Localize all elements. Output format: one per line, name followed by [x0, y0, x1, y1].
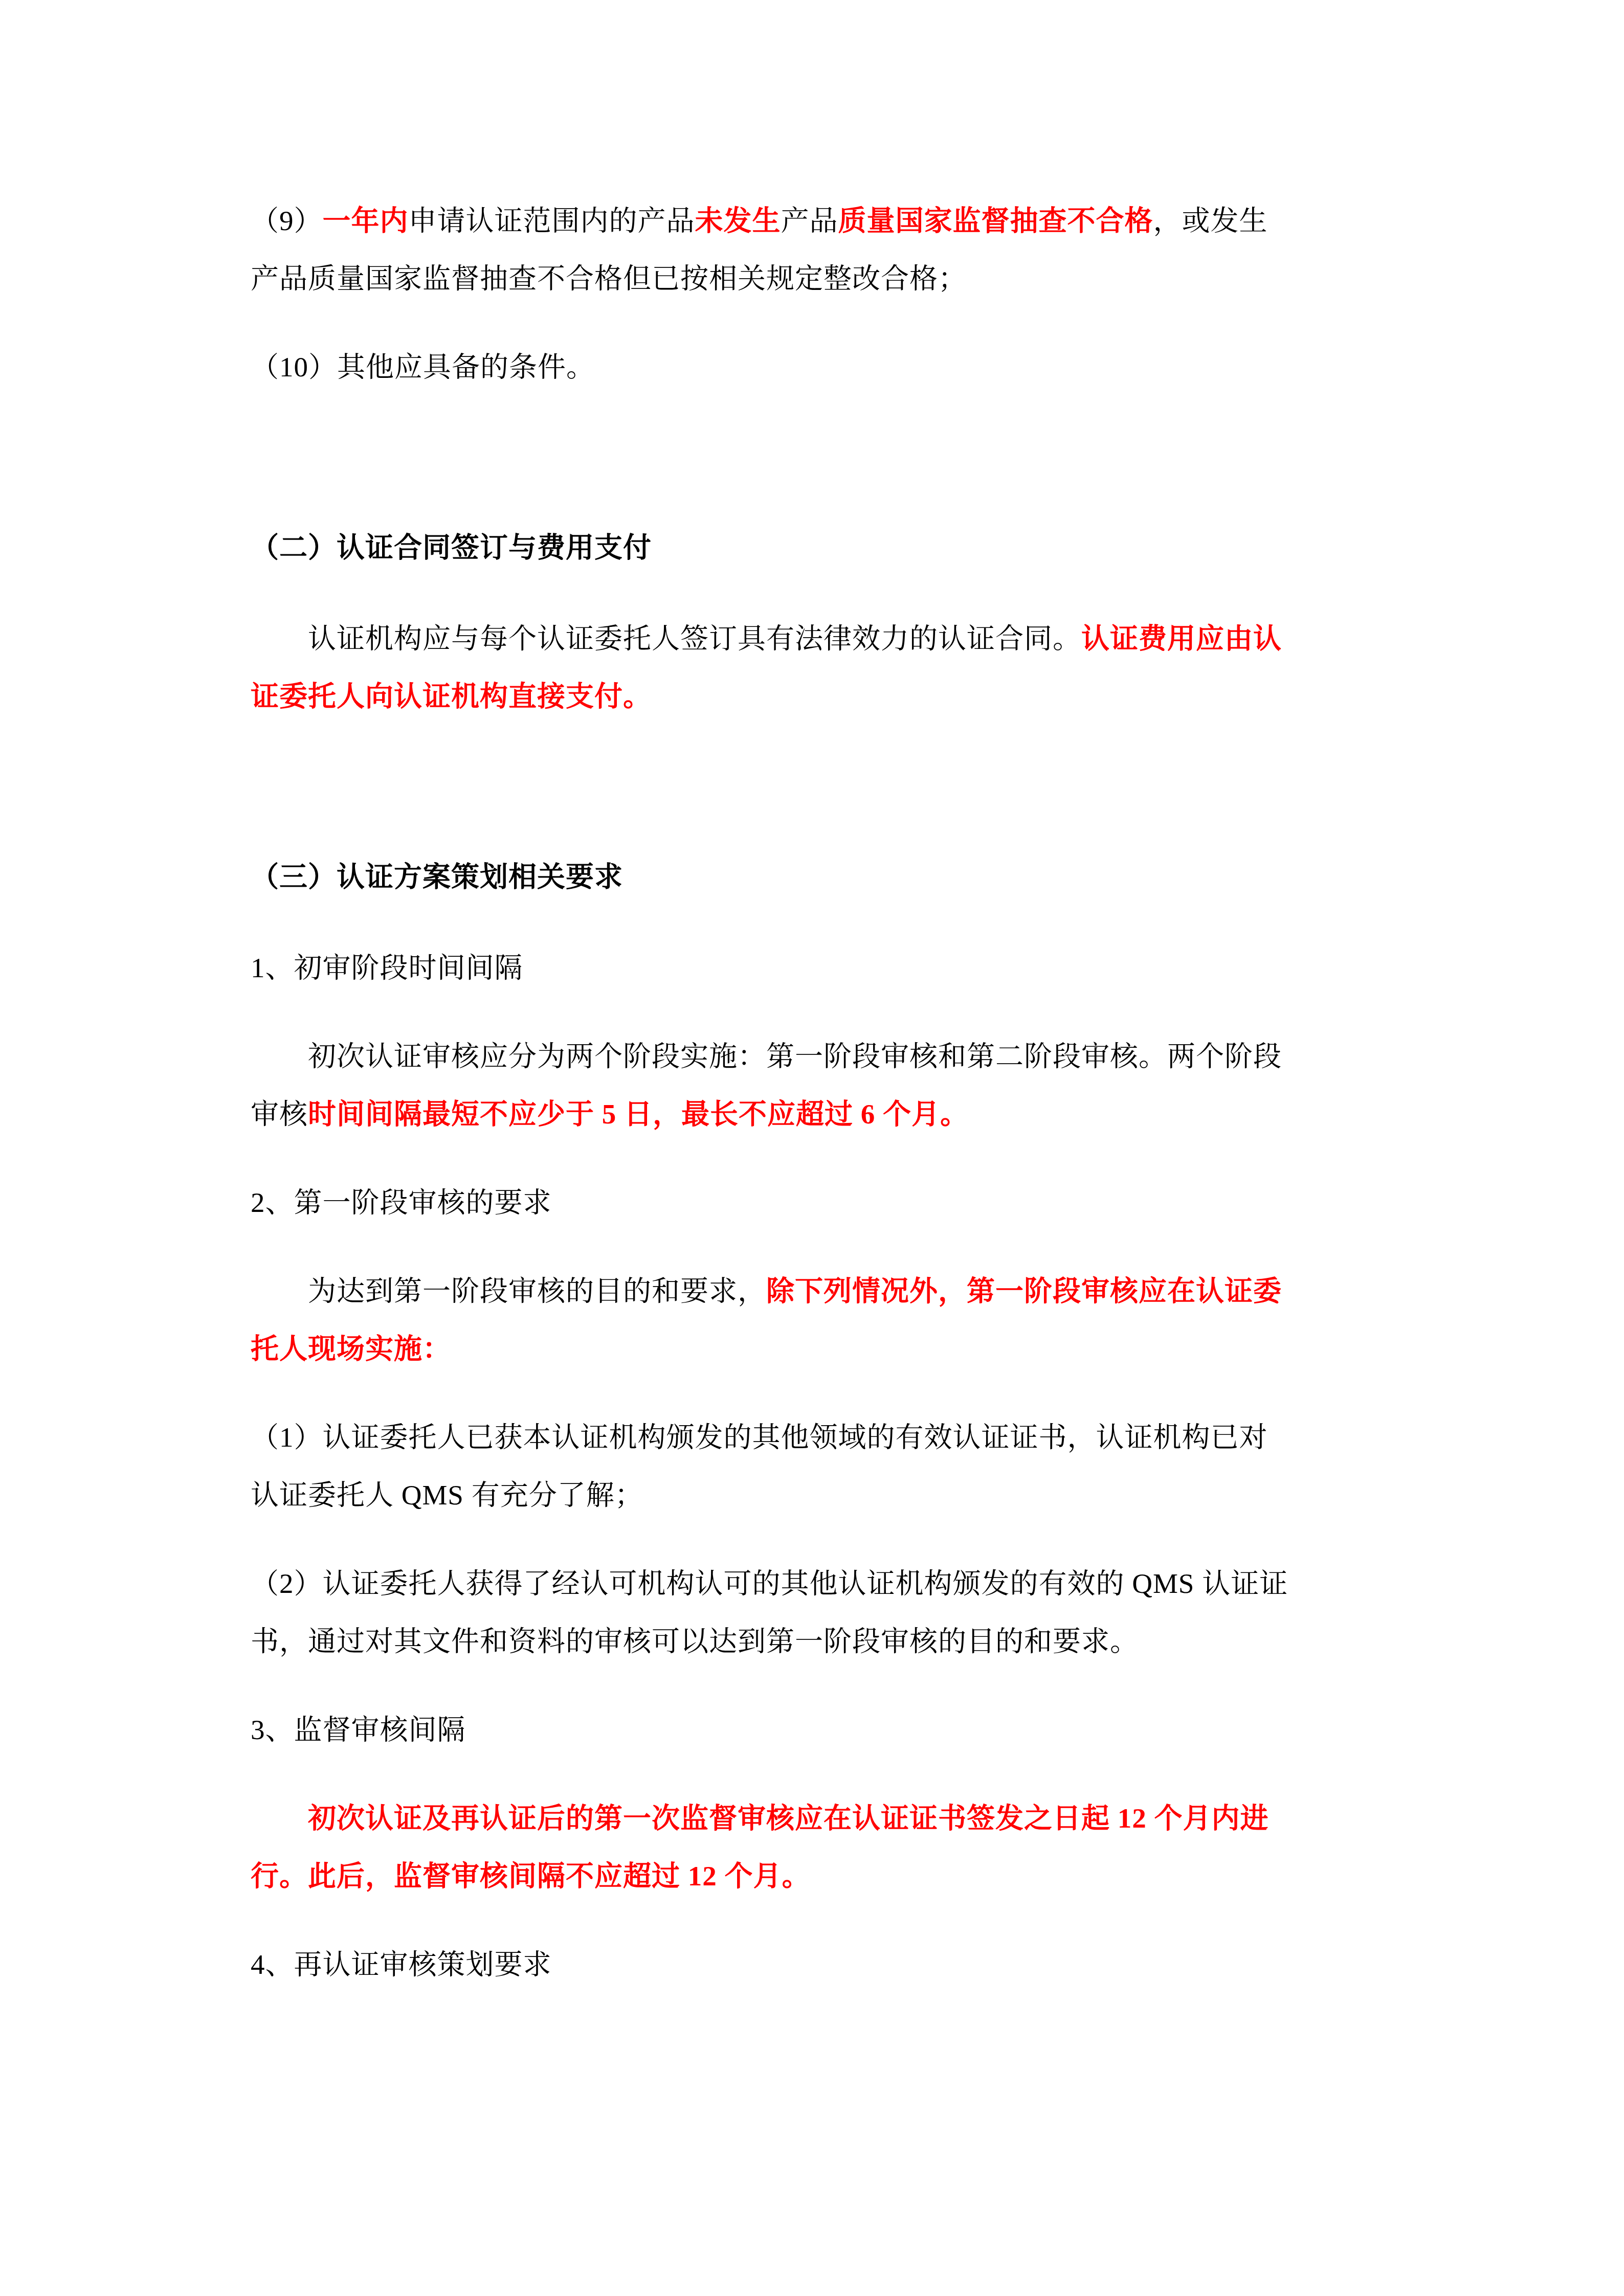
text-run: 1、初审阶段时间间隔 [251, 952, 523, 983]
text-run: （10）其他应具备的条件。 [251, 351, 595, 382]
text-run: 申请认证范围内的产品 [409, 205, 695, 236]
heading-section-2: （二）认证合同签订与费用支付 [251, 519, 1376, 576]
para-initial-audit: 初次认证审核应分为两个阶段实施：第一阶段审核和第二阶段审核。两个阶段审核时间间隔… [251, 1027, 1376, 1143]
text-run: 产品质量国家监督抽查不合格但已按相关规定整改合格； [251, 263, 967, 294]
sub-3: 3、监督审核间隔 [251, 1701, 1376, 1759]
text-run: 认证机构应与每个认证委托人签订具有法律效力的认证合同。 [308, 623, 1081, 654]
emphasis-red-text: 一年内 [323, 205, 409, 236]
sub-1: 1、初审阶段时间间隔 [251, 939, 1376, 997]
sub-4: 4、再认证审核策划要求 [251, 1935, 1376, 1993]
para-surveillance-interval: 初次认证及再认证后的第一次监督审核应在认证证书签发之日起 12 个月内进行。此后… [251, 1789, 1376, 1905]
item-1: （1）认证委托人已获本认证机构颁发的其他领域的有效认证证书，认证机构已对认证委托… [251, 1408, 1376, 1524]
sub-2: 2、第一阶段审核的要求 [251, 1174, 1376, 1231]
text-run: 认证委托人 QMS 有充分了解； [251, 1479, 643, 1511]
emphasis-red-text: 除下列情况外，第一阶段审核应在认证委 [766, 1275, 1282, 1307]
item-10: （10）其他应具备的条件。 [251, 338, 1376, 396]
emphasis-red-text: 初次认证及再认证后的第一次监督审核应在认证证书签发之日起 12 个月内进 [308, 1803, 1269, 1834]
item-9: （9）一年内申请认证范围内的产品未发生产品质量国家监督抽查不合格，或发生产品质量… [251, 192, 1376, 307]
emphasis-red-text: 认证费用应由认 [1081, 623, 1282, 654]
item-2: （2）认证委托人获得了经认可机构认可的其他认证机构颁发的有效的 QMS 认证证书… [251, 1555, 1376, 1670]
para-contract-signing: 认证机构应与每个认证委托人签订具有法律效力的认证合同。认证费用应由认证委托人向认… [251, 610, 1376, 725]
text-run: （三）认证方案策划相关要求 [251, 861, 623, 892]
emphasis-red-text: 质量国家监督抽查不合格 [838, 205, 1153, 236]
text-run: 书，通过对其文件和资料的审核可以达到第一阶段审核的目的和要求。 [251, 1626, 1139, 1657]
text-run: 4、再认证审核策划要求 [251, 1949, 552, 1980]
emphasis-red-text: 行。此后，监督审核间隔不应超过 12 个月。 [251, 1860, 811, 1892]
text-run: 审核 [251, 1098, 308, 1130]
text-run: 产品 [781, 205, 838, 236]
text-run: （2）认证委托人获得了经认可机构认可的其他认证机构颁发的有效的 QMS 认证证 [251, 1568, 1288, 1599]
text-run: （9） [251, 205, 323, 236]
document-body: （9）一年内申请认证范围内的产品未发生产品质量国家监督抽查不合格，或发生产品质量… [251, 192, 1376, 1993]
heading-section-3: （三）认证方案策划相关要求 [251, 848, 1376, 906]
emphasis-red-text: 未发生 [695, 205, 781, 236]
text-run: 初次认证审核应分为两个阶段实施：第一阶段审核和第二阶段审核。两个阶段 [308, 1041, 1282, 1072]
text-run: ，或发生 [1153, 205, 1268, 236]
text-run: 为达到第一阶段审核的目的和要求， [308, 1275, 766, 1307]
text-run: （二）认证合同签订与费用支付 [251, 532, 652, 563]
emphasis-red-text: 托人现场实施： [251, 1333, 451, 1364]
emphasis-red-text: 时间间隔最短不应少于 5 日，最长不应超过 6 个月。 [308, 1098, 969, 1130]
text-run: 2、第一阶段审核的要求 [251, 1187, 552, 1218]
document-page: （9）一年内申请认证范围内的产品未发生产品质量国家监督抽查不合格，或发生产品质量… [0, 0, 1624, 2296]
text-run: 3、监督审核间隔 [251, 1714, 466, 1745]
para-stage1-requirement: 为达到第一阶段审核的目的和要求，除下列情况外，第一阶段审核应在认证委托人现场实施… [251, 1262, 1376, 1378]
text-run: （1）认证委托人已获本认证机构颁发的其他领域的有效认证证书，认证机构已对 [251, 1422, 1268, 1453]
emphasis-red-text: 证委托人向认证机构直接支付。 [251, 681, 652, 712]
